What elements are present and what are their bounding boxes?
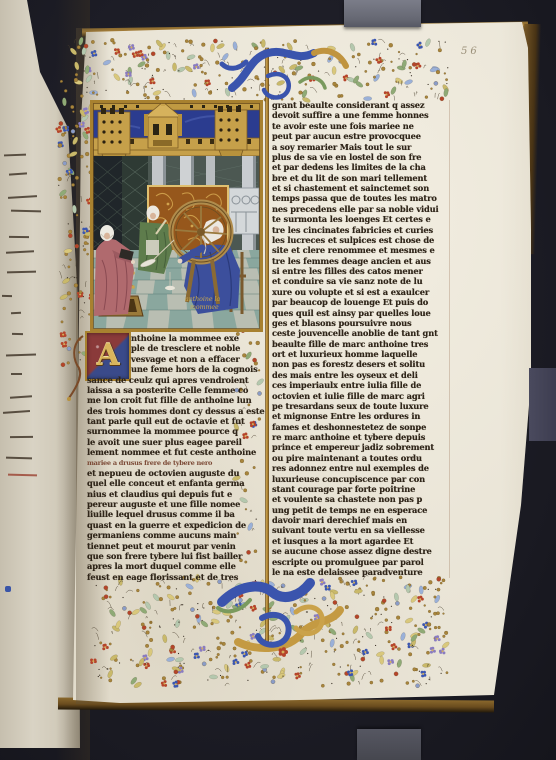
text-line: octovien et iulie fille de marc agri <box>272 391 450 401</box>
miniature-caption: anthoine la mommee <box>185 296 220 311</box>
miniature-spinning-scene: anthoine la mommee <box>90 100 263 332</box>
text-line: stant courage par forte poitrine <box>272 484 450 494</box>
text-line: et conduire sa vie sanz note de lu <box>272 276 450 286</box>
text-line: et iusques a la mort agardee Et <box>272 536 450 546</box>
caption-line-2: mommee <box>190 304 219 311</box>
text-line: nius et claudius qui depuis fut e <box>87 489 239 499</box>
text-line: quel elle conceut et enfanta germa <box>87 478 239 488</box>
text-line: et nepueu de octovien auguste du <box>87 468 239 478</box>
text-line: germaniens comme aucuns main <box>87 530 239 540</box>
text-line: et mignonse Entre les ordures in <box>272 411 450 421</box>
text-line: ple de tresclere et noble <box>131 343 241 353</box>
text-line: se aucune chose assez digne destre <box>272 546 450 556</box>
text-line: pe tresardans seux de toute luxure <box>272 401 450 411</box>
text-line: feust en eage florissant et de tres <box>87 572 239 582</box>
text-line: tre les cincinates fabricies et curies <box>272 225 450 235</box>
text-line: surnommee la mommee pource q <box>87 426 239 436</box>
initial-letter: A <box>96 341 119 371</box>
text-line: des trois hommes dont cy dessus a este <box>87 406 239 416</box>
text-line: une feme hors de la cognois <box>131 364 241 374</box>
text-line: sance de ceulz qui apres vendroient <box>87 375 239 385</box>
right-column-text: grant beaulte considerant q assezdevoit … <box>272 100 450 577</box>
text-line: temps passa que de toutes les matro <box>272 193 450 203</box>
text-line: te avoir este une fois mariee ne <box>272 121 450 131</box>
text-line: grant beaulte considerant q assez <box>272 100 450 110</box>
text-line: davoir mari derechief mais en <box>272 515 450 525</box>
text-line: escripte ou promulguee par parol <box>272 557 450 567</box>
text-line: nes precedens elle par sa noble vidui <box>272 204 450 214</box>
text-line: le na este delaissee paradventure <box>272 567 450 577</box>
text-line: res adonnez entre nul exemples de <box>272 463 450 473</box>
text-line: tant parle quil eut de octavie et fut <box>87 416 239 426</box>
text-line: des mais entre les oyseux et deli <box>272 370 450 380</box>
text-line: que son frere tybere lui fist bailler <box>87 551 239 561</box>
text-line: site et clere renommee et mesmes e <box>272 245 450 255</box>
text-line: pereur auguste et une fille nomee <box>87 499 239 509</box>
manuscript-photograph: 56 <box>0 0 556 760</box>
text-line: le avoit une suer plus eagee pareil <box>87 437 239 447</box>
text-line: ques quil est ainsy par quelles loue <box>272 308 450 318</box>
text-line: prince et empereur jadiz sobrement <box>272 442 450 452</box>
text-line: suivant toute vertu en sa viellesse <box>272 525 450 535</box>
text-line: ort et luxurieux homme laquelle <box>272 349 450 359</box>
text-line: me lon croit fut fille de anthoine lun <box>87 395 239 405</box>
text-line: et voulente sa chastete non pas p <box>272 494 450 504</box>
text-line: et par dedens les limites de la cha <box>272 162 450 172</box>
text-line: ceste jouvencelle anoblie de tant gnt <box>272 328 450 338</box>
text-line: les lucreces et sulpices est chose de <box>272 235 450 245</box>
text-line: liuille lequel drusus comme il ba <box>87 509 239 519</box>
text-line: vesvage et non a effacer <box>131 354 241 364</box>
initial-flourish <box>66 332 86 402</box>
caption-line-1: anthoine la <box>185 296 220 303</box>
text-line: ung petit de temps ne en esperace <box>272 505 450 515</box>
text-line: laissa a sa posterite Celle femme co <box>87 385 239 395</box>
text-line: devoit suffire a une femme honnes <box>272 110 450 120</box>
text-line: peut par aucun estre provocquee <box>272 131 450 141</box>
text-line: apres la mort duquel comme elle <box>87 561 239 571</box>
text-line: et si chastement et sainctemet son <box>272 183 450 193</box>
text-line: mariee a drusus frere de tybere nero <box>87 458 239 468</box>
text-line: plus de sa vie en lostel de son fre <box>272 152 450 162</box>
text-line: bre et du lit de son mari tellement <box>272 173 450 183</box>
text-line: quast en la guerre et expedicion de <box>87 520 239 530</box>
text-line: a soy remarier Mais tout le sur <box>272 142 450 152</box>
text-line: luxurieuse concupiscence par con <box>272 474 450 484</box>
text-line: re marc anthoine et tybere depuis <box>272 432 450 442</box>
left-column-text: sance de ceulz qui apres vendroientlaiss… <box>87 375 239 583</box>
text-line: ges et blasons poursuivre nous <box>272 318 450 328</box>
text-line: beaulte fille de marc anthoine tres <box>272 339 450 349</box>
text-line: tiennet peut et mourut par venin <box>87 541 239 551</box>
text-line: ces imperiaulx entre iulia fille de <box>272 380 450 390</box>
text-line: non pas es forestz desers et solitu <box>272 359 450 369</box>
text-line: lement nommee et fut ceste anthoine <box>87 447 239 457</box>
illuminated-initial: A <box>85 331 131 381</box>
text-line: nthoine la mommee exe <box>131 333 241 343</box>
text-line: par beaucop de louenge Et puis do <box>272 297 450 307</box>
text-line: tre les femmes deage ancien et aus <box>272 256 450 266</box>
text-line: ou pire maintenant a toutes ordu <box>272 453 450 463</box>
text-line: xure ou volupte et si est a exaulcer <box>272 287 450 297</box>
text-line: te surmonta les loenges Et certes e <box>272 214 450 224</box>
left-column-indented-text: nthoine la mommee exeple de tresclere et… <box>131 333 241 375</box>
text-line: si entre les filles des catos mener <box>272 266 450 276</box>
tracery-screen <box>229 188 259 234</box>
text-line: fames et deshonnestetez de sonpe <box>272 422 450 432</box>
